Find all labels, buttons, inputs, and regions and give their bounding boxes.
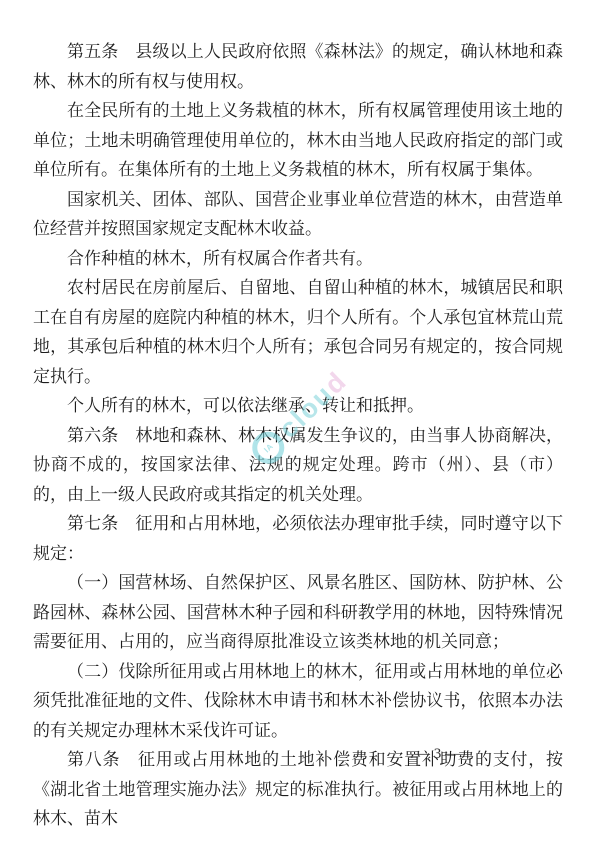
doc-paragraph-article6: 第六条 林地和森林、林木权属发生争议的，由当事人协商解决，协商不成的，按国家法律…: [33, 421, 563, 510]
document-body: 第五条 县级以上人民政府依照《森林法》的规定，确认林地和森林、林木的所有权与使用…: [33, 37, 563, 834]
doc-paragraph: 国家机关、团体、部队、国营企业事业单位营造的林木，由营造单位经营并按照国家规定支…: [33, 185, 563, 244]
doc-paragraph: 农村居民在房前屋后、自留地、自留山种植的林木，城镇居民和职工在自有房屋的庭院内种…: [33, 273, 563, 391]
doc-paragraph-item2: （二）伐除所征用或占用林地上的林木，征用或占用林地的单位必须凭批准征地的文件、伐…: [33, 657, 563, 746]
doc-paragraph-article7: 第七条 征用和占用林地，必须依法办理审批手续，同时遵守以下规定：: [33, 509, 563, 568]
doc-paragraph-item1: （一）国营林场、自然保护区、风景名胜区、国防林、防护林、公路园林、森林公园、国营…: [33, 568, 563, 657]
doc-paragraph: 个人所有的林木，可以依法继承、转让和抵押。: [33, 391, 563, 421]
doc-paragraph-article5: 第五条 县级以上人民政府依照《森林法》的规定，确认林地和森林、林木的所有权与使用…: [33, 37, 563, 96]
doc-paragraph: 合作种植的林木，所有权属合作者共有。: [33, 244, 563, 274]
document-page: IA cloud 第五条 县级以上人民政府依照《森林法》的规定，确认林地和森林、…: [0, 0, 595, 841]
doc-paragraph-article8: 第八条 征用或占用林地的土地补偿费和安置补助费的支付，按《湖北省土地管理实施办法…: [33, 745, 563, 834]
doc-paragraph: 在全民所有的土地上义务栽植的林木，所有权属管理使用该土地的单位；土地未明确管理使…: [33, 96, 563, 185]
page-number: — 3 —: [400, 746, 475, 763]
